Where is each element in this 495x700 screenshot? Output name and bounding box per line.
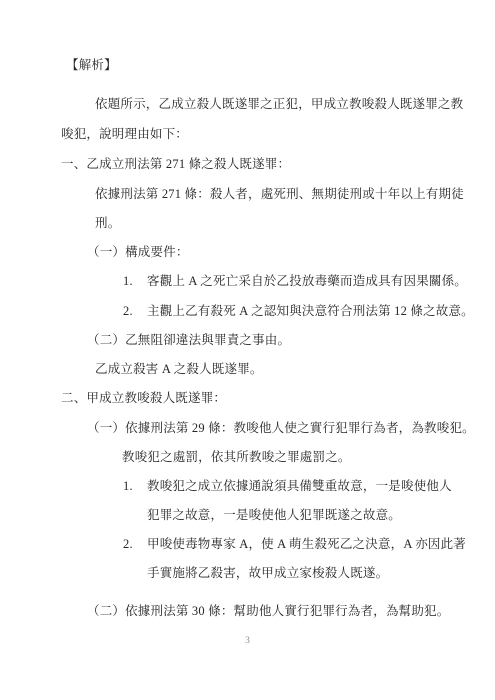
section-1-subitem-1-heading: （一）構成要件： (87, 244, 189, 260)
statute-29-line-2: 教唆犯之處罰，依其所教唆之罪處罰之。 (122, 449, 351, 465)
section-1-numbered-item-1: 1.客觀上 A 之死亡采自於乙投放毒藥而造成具有因果關係。 (123, 273, 467, 289)
page-number: 3 (0, 636, 495, 646)
section-2-numbered-item-2-line-1: 2.甲唆使毒物專家 A，使 A 萌生殺死乙之決意，A 亦因此著 (123, 536, 466, 552)
item-text: 甲唆使毒物專家 A，使 A 萌生殺死乙之決意，A 亦因此著 (147, 537, 466, 551)
statute-271-line-1: 依據刑法第 271 條：殺人者，處死刑、無期徒刑或十年以上有期徒 (95, 186, 464, 202)
section-1-numbered-item-2: 2.主觀上乙有殺死 A 之認知與決意符合刑法第 12 條之故意。 (123, 303, 474, 319)
section-1-conclusion: 乙成立殺害 A 之殺人既遂罪。 (95, 361, 263, 377)
statute-30-line: （二）依據刑法第 30 條：幫助他人實行犯罪行為者，為幫助犯。 (87, 603, 449, 619)
item-text: 教唆犯之成立依據通說須具備雙重故意，一是唆使他人 (147, 479, 452, 493)
section-1-heading: 一、乙成立刑法第 271 條之殺人既遂罪： (61, 156, 290, 172)
intro-line-2: 唆犯，說明理由如下： (61, 126, 188, 142)
statute-29-line-1: （一）依據刑法第 29 條：教唆他人使之實行犯罪行為者，為教唆犯。 (87, 420, 475, 436)
intro-line-1: 依題所示，乙成立殺人既遂罪之正犯，甲成立教唆殺人既遂罪之教 (95, 96, 463, 112)
item-number: 1. (123, 273, 147, 289)
section-2-numbered-item-1-line-1: 1.教唆犯之成立依據通說須具備雙重故意，一是唆使他人 (123, 478, 452, 494)
section-2-numbered-item-1-line-2: 犯罪之故意，一是唆使他人犯罪既遂之故意。 (147, 507, 401, 523)
section-2-numbered-item-2-line-2: 手實施將乙殺害，故甲成立家梭殺人既遂。 (147, 565, 388, 581)
document-page: 【解析】 依題所示，乙成立殺人既遂罪之正犯，甲成立教唆殺人既遂罪之教 唆犯，說明… (0, 0, 495, 700)
item-text: 主觀上乙有殺死 A 之認知與決意符合刑法第 12 條之故意。 (147, 304, 474, 318)
analysis-header: 【解析】 (66, 57, 117, 73)
item-number: 1. (123, 478, 147, 494)
item-number: 2. (123, 303, 147, 319)
item-number: 2. (123, 536, 147, 552)
section-2-heading: 二、甲成立教唆殺人既遂罪： (61, 390, 226, 406)
item-text: 客觀上 A 之死亡采自於乙投放毒藥而造成具有因果關係。 (147, 274, 467, 288)
section-1-subitem-2: （二）乙無阻卻違法與罪責之事由。 (87, 332, 290, 348)
statute-271-line-2: 刑。 (95, 215, 120, 231)
